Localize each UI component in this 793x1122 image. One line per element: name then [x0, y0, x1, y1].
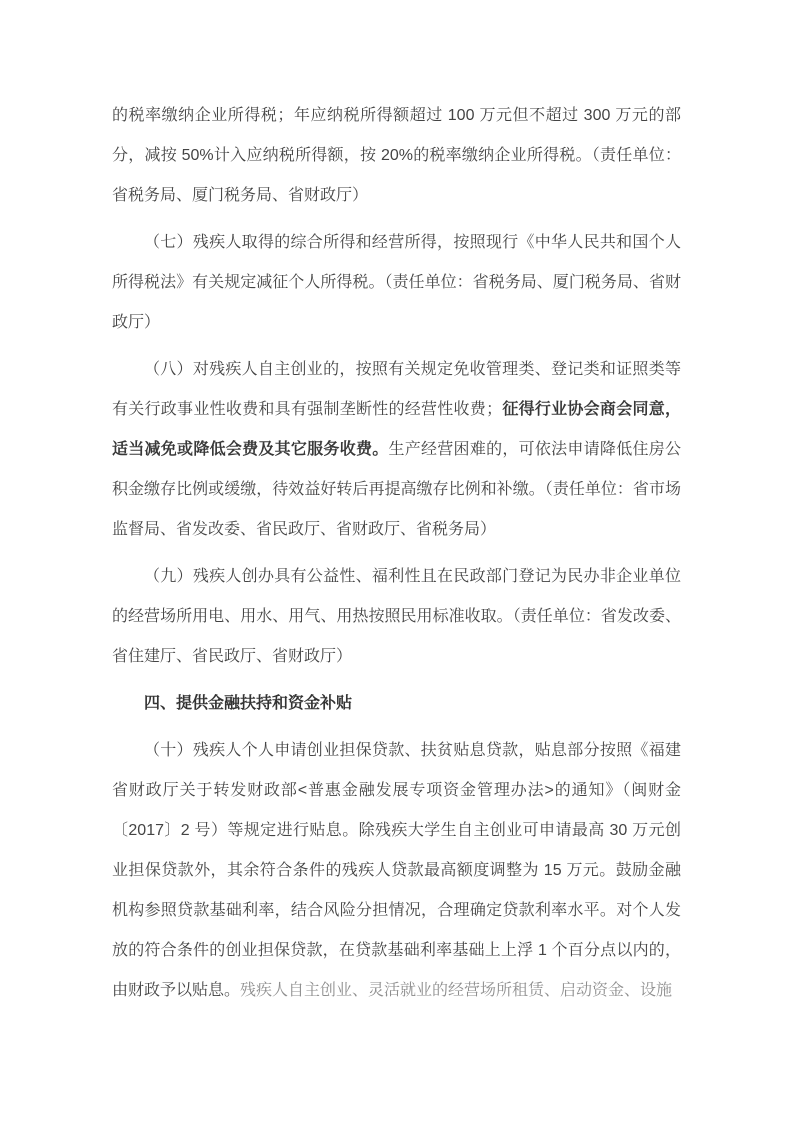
section-heading-text: 四、提供金融扶持和资金补贴 — [144, 695, 352, 712]
paragraph-item-10-text-main: （十）残疾人个人申请创业担保贷款、扶贫贴息贷款，贴息部分按照《福建省财政厅关于转… — [112, 742, 681, 999]
paragraph-item-7: （七）残疾人取得的综合所得和经营所得，按照现行《中华人民共和国个人所得税法》有关… — [112, 223, 681, 343]
section-heading: 四、提供金融扶持和资金补贴 — [112, 684, 681, 724]
paragraph-item-9-text: （九）残疾人创办具有公益性、福利性且在民政部门登记为民办非企业单位的经营场所用电… — [112, 568, 681, 665]
paragraph-corporate-tax-text: 的税率缴纳企业所得税；年应纳税所得额超过 100 万元但不超过 300 万元的部… — [112, 107, 681, 204]
paragraph-item-7-text: （七）残疾人取得的综合所得和经营所得，按照现行《中华人民共和国个人所得税法》有关… — [112, 234, 681, 331]
paragraph-item-10-text-muted: 残疾人自主创业、灵活就业的经营场所租赁、启动资金、设施 — [240, 982, 672, 999]
paragraph-item-9: （九）残疾人创办具有公益性、福利性且在民政部门登记为民办非企业单位的经营场所用电… — [112, 557, 681, 677]
paragraph-corporate-tax: 的税率缴纳企业所得税；年应纳税所得额超过 100 万元但不超过 300 万元的部… — [112, 96, 681, 216]
document-page: 的税率缴纳企业所得税；年应纳税所得额超过 100 万元但不超过 300 万元的部… — [0, 0, 793, 1122]
paragraph-item-10: （十）残疾人个人申请创业担保贷款、扶贫贴息贷款，贴息部分按照《福建省财政厅关于转… — [112, 731, 681, 1011]
paragraph-item-8: （八）对残疾人自主创业的，按照有关规定免收管理类、登记类和证照类等有关行政事业性… — [112, 350, 681, 550]
